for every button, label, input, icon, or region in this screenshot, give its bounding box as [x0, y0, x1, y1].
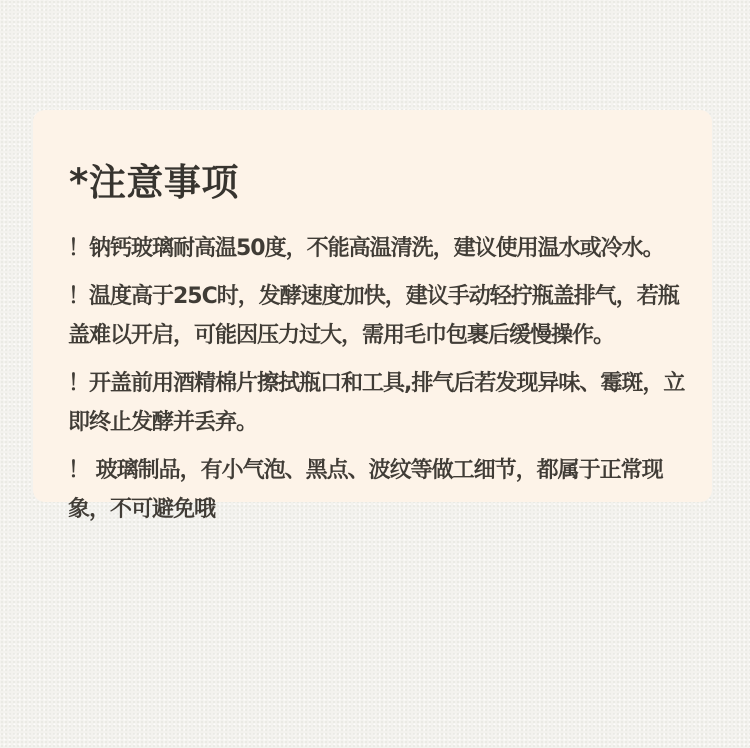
notice-item-fermentation-pressure: ！温度高于25C时，发酵速度加快，建议手动轻拧瓶盖排气，若瓶盖难以开启，可能因压… — [68, 277, 692, 355]
notice-list: ！钠钙玻璃耐高温50度，不能高温清洗，建议使用温水或冷水。 ！温度高于25C时，… — [68, 229, 692, 538]
notice-title: *注意事项 — [69, 152, 239, 206]
notice-item-heat-limit: ！钠钙玻璃耐高温50度，不能高温清洗，建议使用温水或冷水。 — [68, 229, 692, 268]
notice-item-sanitize-discard: ！开盖前用酒精棉片擦拭瓶口和工具,排气后若发现异味、霉斑，立即终止发酵并丢弃。 — [68, 364, 692, 442]
notice-image: *注意事项 ！钠钙玻璃耐高温50度，不能高温清洗，建议使用温水或冷水。 ！温度高… — [0, 0, 750, 748]
notice-item-glass-imperfections: ！ 玻璃制品，有小气泡、黑点、波纹等做工细节，都属于正常现象，不可避免哦 — [68, 451, 692, 529]
